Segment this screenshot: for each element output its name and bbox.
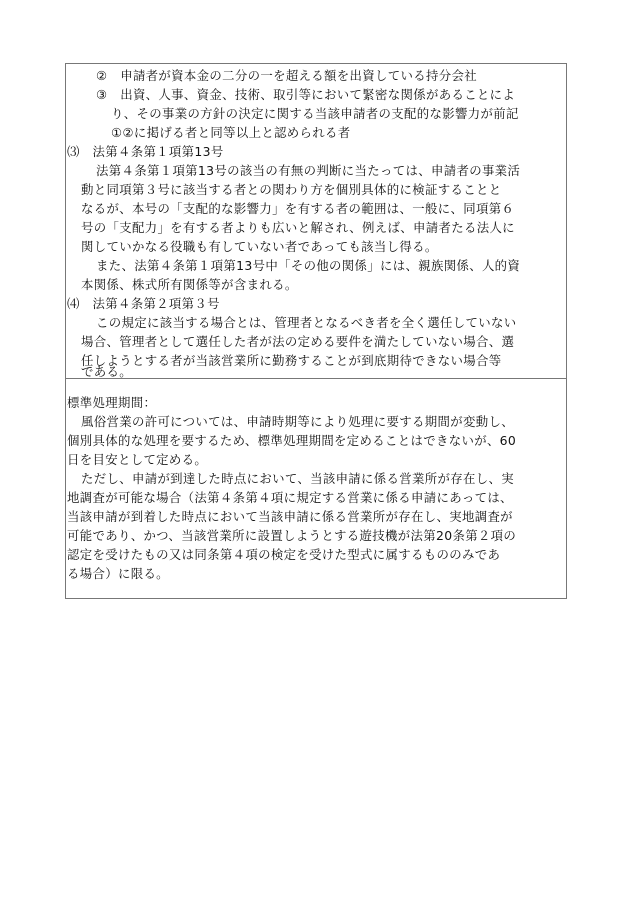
section-3-para-1-line-3: なるが、本号の「支配的な影響力」を有する者の範囲は、一般に、同項第６ [81, 199, 514, 218]
processing-para-1-line-2: 個別具体的な処理を要するため、標準処理期間を定めることはできないが、60 [67, 431, 516, 450]
section-3-para-1-line-2: 動と同項第３号に該当する者との関わり方を個別具体的に検証することと [81, 180, 501, 199]
section-3-para-2-line-1: また、法第４条第１項第13号中「その他の関係」には、親族関係、人的資 [96, 256, 520, 275]
section-3-para-1-line-4: 号の「支配力」を有する者よりも広いと解され、例えば、申請者たる法人に [81, 218, 515, 237]
section-4-para-line-3: 任しようとする者が当該営業所に勤務することが到底期待できない場合等 [81, 351, 501, 370]
processing-para-2-line-2: 地調査が可能な場合（法第４条第４項に規定する営業に係る申請にあっては、 [67, 488, 513, 507]
section-4-para-line-2: 場合、管理者として選任した者が法の定める要件を満たしていない場合、選 [81, 332, 514, 351]
processing-para-2-line-5: 認定を受けたもの又は同条第４項の検定を受けた型式に属するもののみであ [67, 545, 500, 564]
section-3-para-1-line-1: 法第４条第１項第13号の該当の有無の判断に当たっては、申請者の事業活 [96, 161, 520, 180]
section-3-para-1-line-5: 関していかなる役職も有していない者であっても該当し得る。 [81, 237, 438, 256]
item-3-line-3: ①②に掲げる者と同等以上と認められる者 [111, 123, 351, 142]
section-4-heading: ⑷ 法第４条第２項第３号 [67, 294, 220, 313]
processing-para-2-line-6: る場合）に限る。 [67, 564, 169, 583]
section-3-heading: ⑶ 法第４条第１項第13号 [67, 142, 224, 161]
lower-section: 標準処理期間： 風俗営業の許可については、申請時期等により処理に要する期間が変動… [66, 379, 566, 599]
item-2-line: ② 申請者が資本金の二分の一を超える額を出資している持分会社 [96, 66, 477, 85]
processing-para-2-line-1: ただし、申請が到達した時点において、当該申請に係る営業所が存在し、実 [81, 469, 514, 488]
processing-para-1-line-1: 風俗営業の許可については、申請時期等により処理に要する期間が変動し、 [81, 412, 514, 431]
document-table-box: ② 申請者が資本金の二分の一を超える額を出資している持分会社 ③ 出資、人事、資… [65, 63, 567, 599]
processing-para-2-line-4: 可能であり、かつ、当該営業所に設置しようとする遊技機が法第20条第２項の [67, 526, 516, 545]
processing-para-1-line-3: 日を目安として定める。 [67, 450, 207, 469]
section-4-para-line-1: この規定に該当する場合とは、管理者となるべき者を全く選任していない [96, 313, 516, 332]
processing-para-2-line-3: 当該申請が到着した時点において当該申請に係る営業所が存在し、実地調査が [67, 507, 513, 526]
standard-processing-period-heading: 標準処理期間： [67, 393, 156, 412]
item-3-line-2: り、その事業の方針の決定に関する当該申請者の支配的な影響力が前記 [111, 104, 519, 123]
item-3-line-1: ③ 出資、人事、資金、技術、取引等において緊密な関係があることによ [96, 85, 515, 104]
upper-section: ② 申請者が資本金の二分の一を超える額を出資している持分会社 ③ 出資、人事、資… [66, 64, 566, 379]
section-3-para-2-line-2: 本関係、株式所有関係等が含まれる。 [81, 275, 298, 294]
